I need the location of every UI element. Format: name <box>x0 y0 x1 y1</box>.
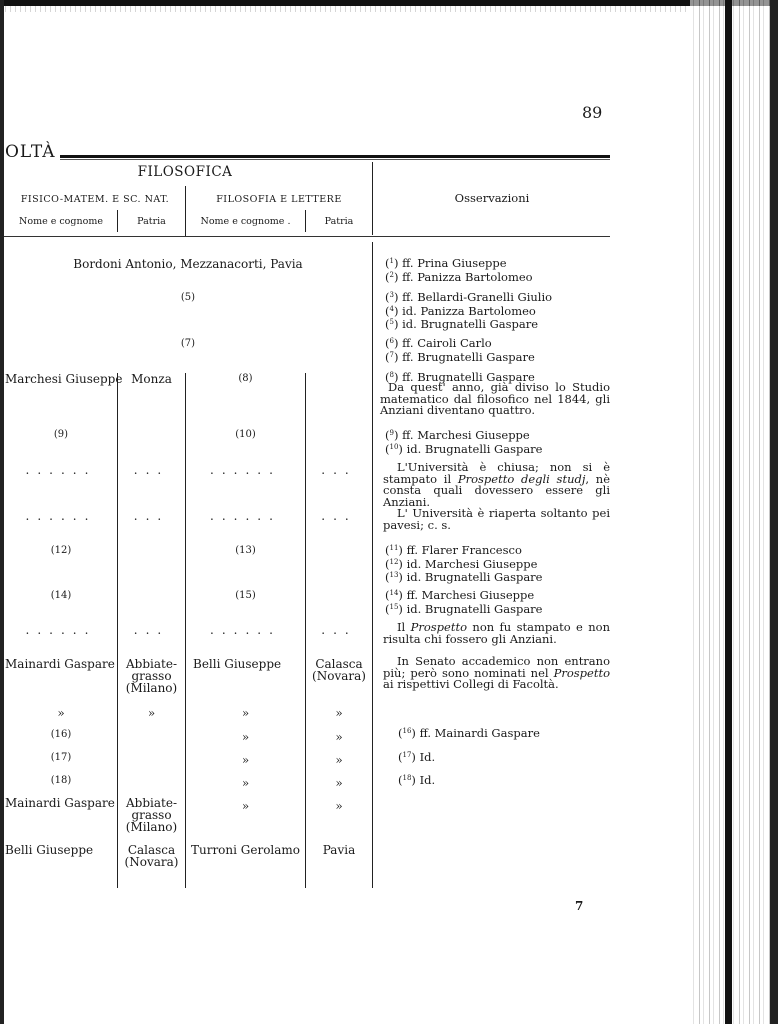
observation-text: Il Prospetto non fu stampato e non risul… <box>383 622 610 645</box>
cell-ellipsis: ... <box>306 464 372 476</box>
cell-ditto: » <box>118 707 185 719</box>
signature-mark: 7 <box>575 899 583 913</box>
observation-text: In Senato accademico non entrano più; pe… <box>383 656 610 691</box>
cell-ditto: » <box>306 707 372 719</box>
cell-patria: Abbiate- grasso (Milano) <box>118 658 185 694</box>
cell-ditto: » <box>186 777 305 789</box>
cell-name: (12) <box>5 545 117 557</box>
cell-ellipsis: ... <box>306 624 372 636</box>
col-header-nome-2: Nome e cognome . <box>186 216 305 228</box>
cell-name: (16) <box>5 729 117 741</box>
cell-ellipsis: ...... <box>186 464 305 476</box>
cell-name: (14) <box>5 590 117 602</box>
col-header-patria-1: Patria <box>118 216 185 228</box>
observation-note: (17) Id. <box>398 750 608 764</box>
cell-ditto: » <box>186 800 305 812</box>
cell-ditto: » <box>5 707 117 719</box>
cell-ditto: » <box>306 731 372 743</box>
observation-text: Da quest' anno, già diviso lo Studio mat… <box>380 382 610 417</box>
col-header-patria-2: Patria <box>306 216 372 228</box>
cell-name: (13) <box>186 545 305 557</box>
table-row-merged: (7) <box>4 338 372 350</box>
cell-ellipsis: ... <box>118 510 185 522</box>
cell-name: (18) <box>5 775 117 787</box>
cell-patria: Pavia <box>306 844 372 856</box>
scan-left-border <box>0 0 4 1024</box>
cell-name: (10) <box>186 429 305 441</box>
cell-ellipsis: ...... <box>186 510 305 522</box>
book-page-edges <box>690 0 778 1024</box>
cell-name: Turroni Gerolamo <box>186 844 305 856</box>
cell-ellipsis: ... <box>118 624 185 636</box>
scan-right-border <box>770 0 778 1024</box>
col-group-filosofia-lettere: FILOSOFIA E LETTERE <box>186 194 372 206</box>
header-rule <box>60 155 610 158</box>
observation-note: (6) ff. Cairoli Carlo (7) ff. Brugnatell… <box>385 336 610 363</box>
observation-text: L'Università è chiusa; non si è stampato… <box>383 462 610 508</box>
cell-name: (8) <box>186 373 305 385</box>
cell-name: Belli Giuseppe <box>193 658 281 670</box>
header-rule-thin <box>60 159 610 160</box>
cell-patria: Abbiate- grasso (Milano) <box>118 797 185 833</box>
cell-name: (9) <box>5 429 117 441</box>
header-bottom-rule <box>4 236 610 237</box>
observations-header: Osservazioni <box>372 192 612 204</box>
cell-name: Mainardi Gaspare <box>5 797 115 809</box>
cell-ditto: » <box>306 777 372 789</box>
cell-patria: Calasca (Novara) <box>118 844 185 868</box>
cell-ditto: » <box>186 754 305 766</box>
observation-note: (11) ff. Flarer Francesco (12) id. March… <box>385 543 610 584</box>
observations-divider <box>372 242 373 888</box>
cell-ditto: » <box>306 754 372 766</box>
cell-name: Belli Giuseppe <box>5 844 93 856</box>
page-number: 89 <box>582 103 602 122</box>
cell-patria: Monza <box>118 373 185 385</box>
observation-note: (3) ff. Bellardi-Granelli Giulio (4) id.… <box>385 290 610 331</box>
cell-ditto: » <box>186 731 305 743</box>
observation-note: (18) Id. <box>398 773 608 787</box>
table-row-merged: (5) <box>4 292 372 304</box>
scan-noise <box>0 6 690 12</box>
observation-note: (16) ff. Mainardi Gaspare <box>398 726 608 740</box>
book-spine-shadow <box>725 0 732 1024</box>
cell-name: Marchesi Giuseppe <box>5 373 122 385</box>
col-group-fisico-matem: FISICO-MATEM. E SC. NAT. <box>5 194 185 206</box>
cell-ellipsis: ...... <box>5 624 117 636</box>
cell-ellipsis: ... <box>118 464 185 476</box>
cell-name: Mainardi Gaspare <box>5 658 115 670</box>
cell-ellipsis: ... <box>306 510 372 522</box>
section-heading-fragment: OLTÀ <box>5 142 56 162</box>
col-header-nome-1: Nome e cognome <box>5 216 117 228</box>
observation-note: (1) ff. Prina Giuseppe (2) ff. Panizza B… <box>385 256 610 283</box>
group-title: FILOSOFICA <box>60 166 310 178</box>
observation-text: L' Università è riaperta soltanto pei pa… <box>383 508 610 531</box>
table-row-merged: Bordoni Antonio, Mezzanacorti, Pavia <box>4 258 372 270</box>
cell-name: (15) <box>186 590 305 602</box>
cell-ellipsis: ...... <box>5 464 117 476</box>
cell-ditto: » <box>186 707 305 719</box>
cell-ditto: » <box>306 800 372 812</box>
cell-patria: Calasca (Novara) <box>306 658 372 682</box>
observation-note: (14) ff. Marchesi Giuseppe (15) id. Brug… <box>385 588 610 615</box>
cell-name: (17) <box>5 752 117 764</box>
cell-ellipsis: ...... <box>186 624 305 636</box>
observation-note: (9) ff. Marchesi Giuseppe (10) id. Brugn… <box>385 428 610 455</box>
cell-ellipsis: ...... <box>5 510 117 522</box>
